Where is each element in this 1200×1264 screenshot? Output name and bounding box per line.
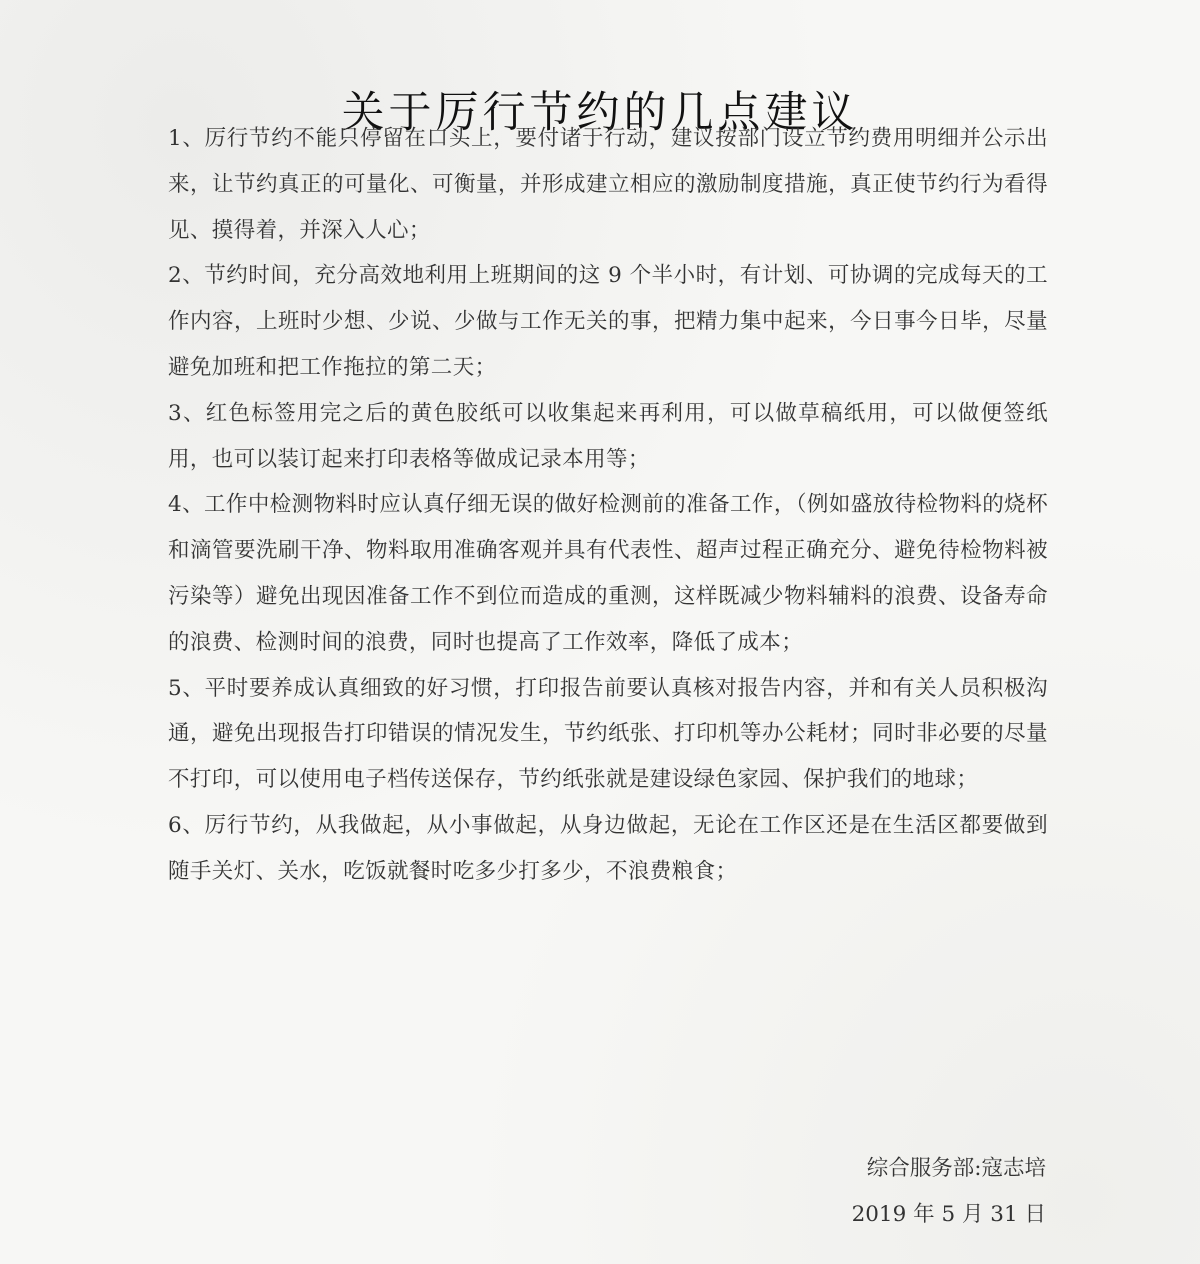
suggestion-paragraph-6: 6、厉行节约，从我做起，从小事做起，从身边做起，无论在工作区还是在生活区都要做到… [168,803,1048,895]
suggestion-paragraph-5: 5、平时要养成认真细致的好习惯，打印报告前要认真核对报告内容，并和有关人员积极沟… [168,666,1048,803]
document-body: 1、厉行节约不能只停留在口头上，要付诸于行动，建议按部门设立节约费用明细并公示出… [168,116,1048,895]
signature-author: 综合服务部:寇志培 [800,1146,1046,1192]
suggestion-paragraph-1: 1、厉行节约不能只停留在口头上，要付诸于行动，建议按部门设立节约费用明细并公示出… [168,116,1048,253]
suggestion-paragraph-3: 3、红色标签用完之后的黄色胶纸可以收集起来再利用，可以做草稿纸用，可以做便签纸用… [168,391,1048,483]
scanned-document-page: 关于厉行节约的几点建议 1、厉行节约不能只停留在口头上，要付诸于行动，建议按部门… [0,0,1200,1264]
signature-date: 2019 年 5 月 31 日 [800,1192,1046,1238]
suggestion-paragraph-2: 2、节约时间，充分高效地利用上班期间的这 9 个半小时，有计划、可协调的完成每天… [168,253,1048,390]
suggestion-paragraph-4: 4、工作中检测物料时应认真仔细无误的做好检测前的准备工作，（例如盛放待检物料的烧… [168,482,1048,665]
signature-block: 综合服务部:寇志培 2019 年 5 月 31 日 [800,1146,1046,1238]
